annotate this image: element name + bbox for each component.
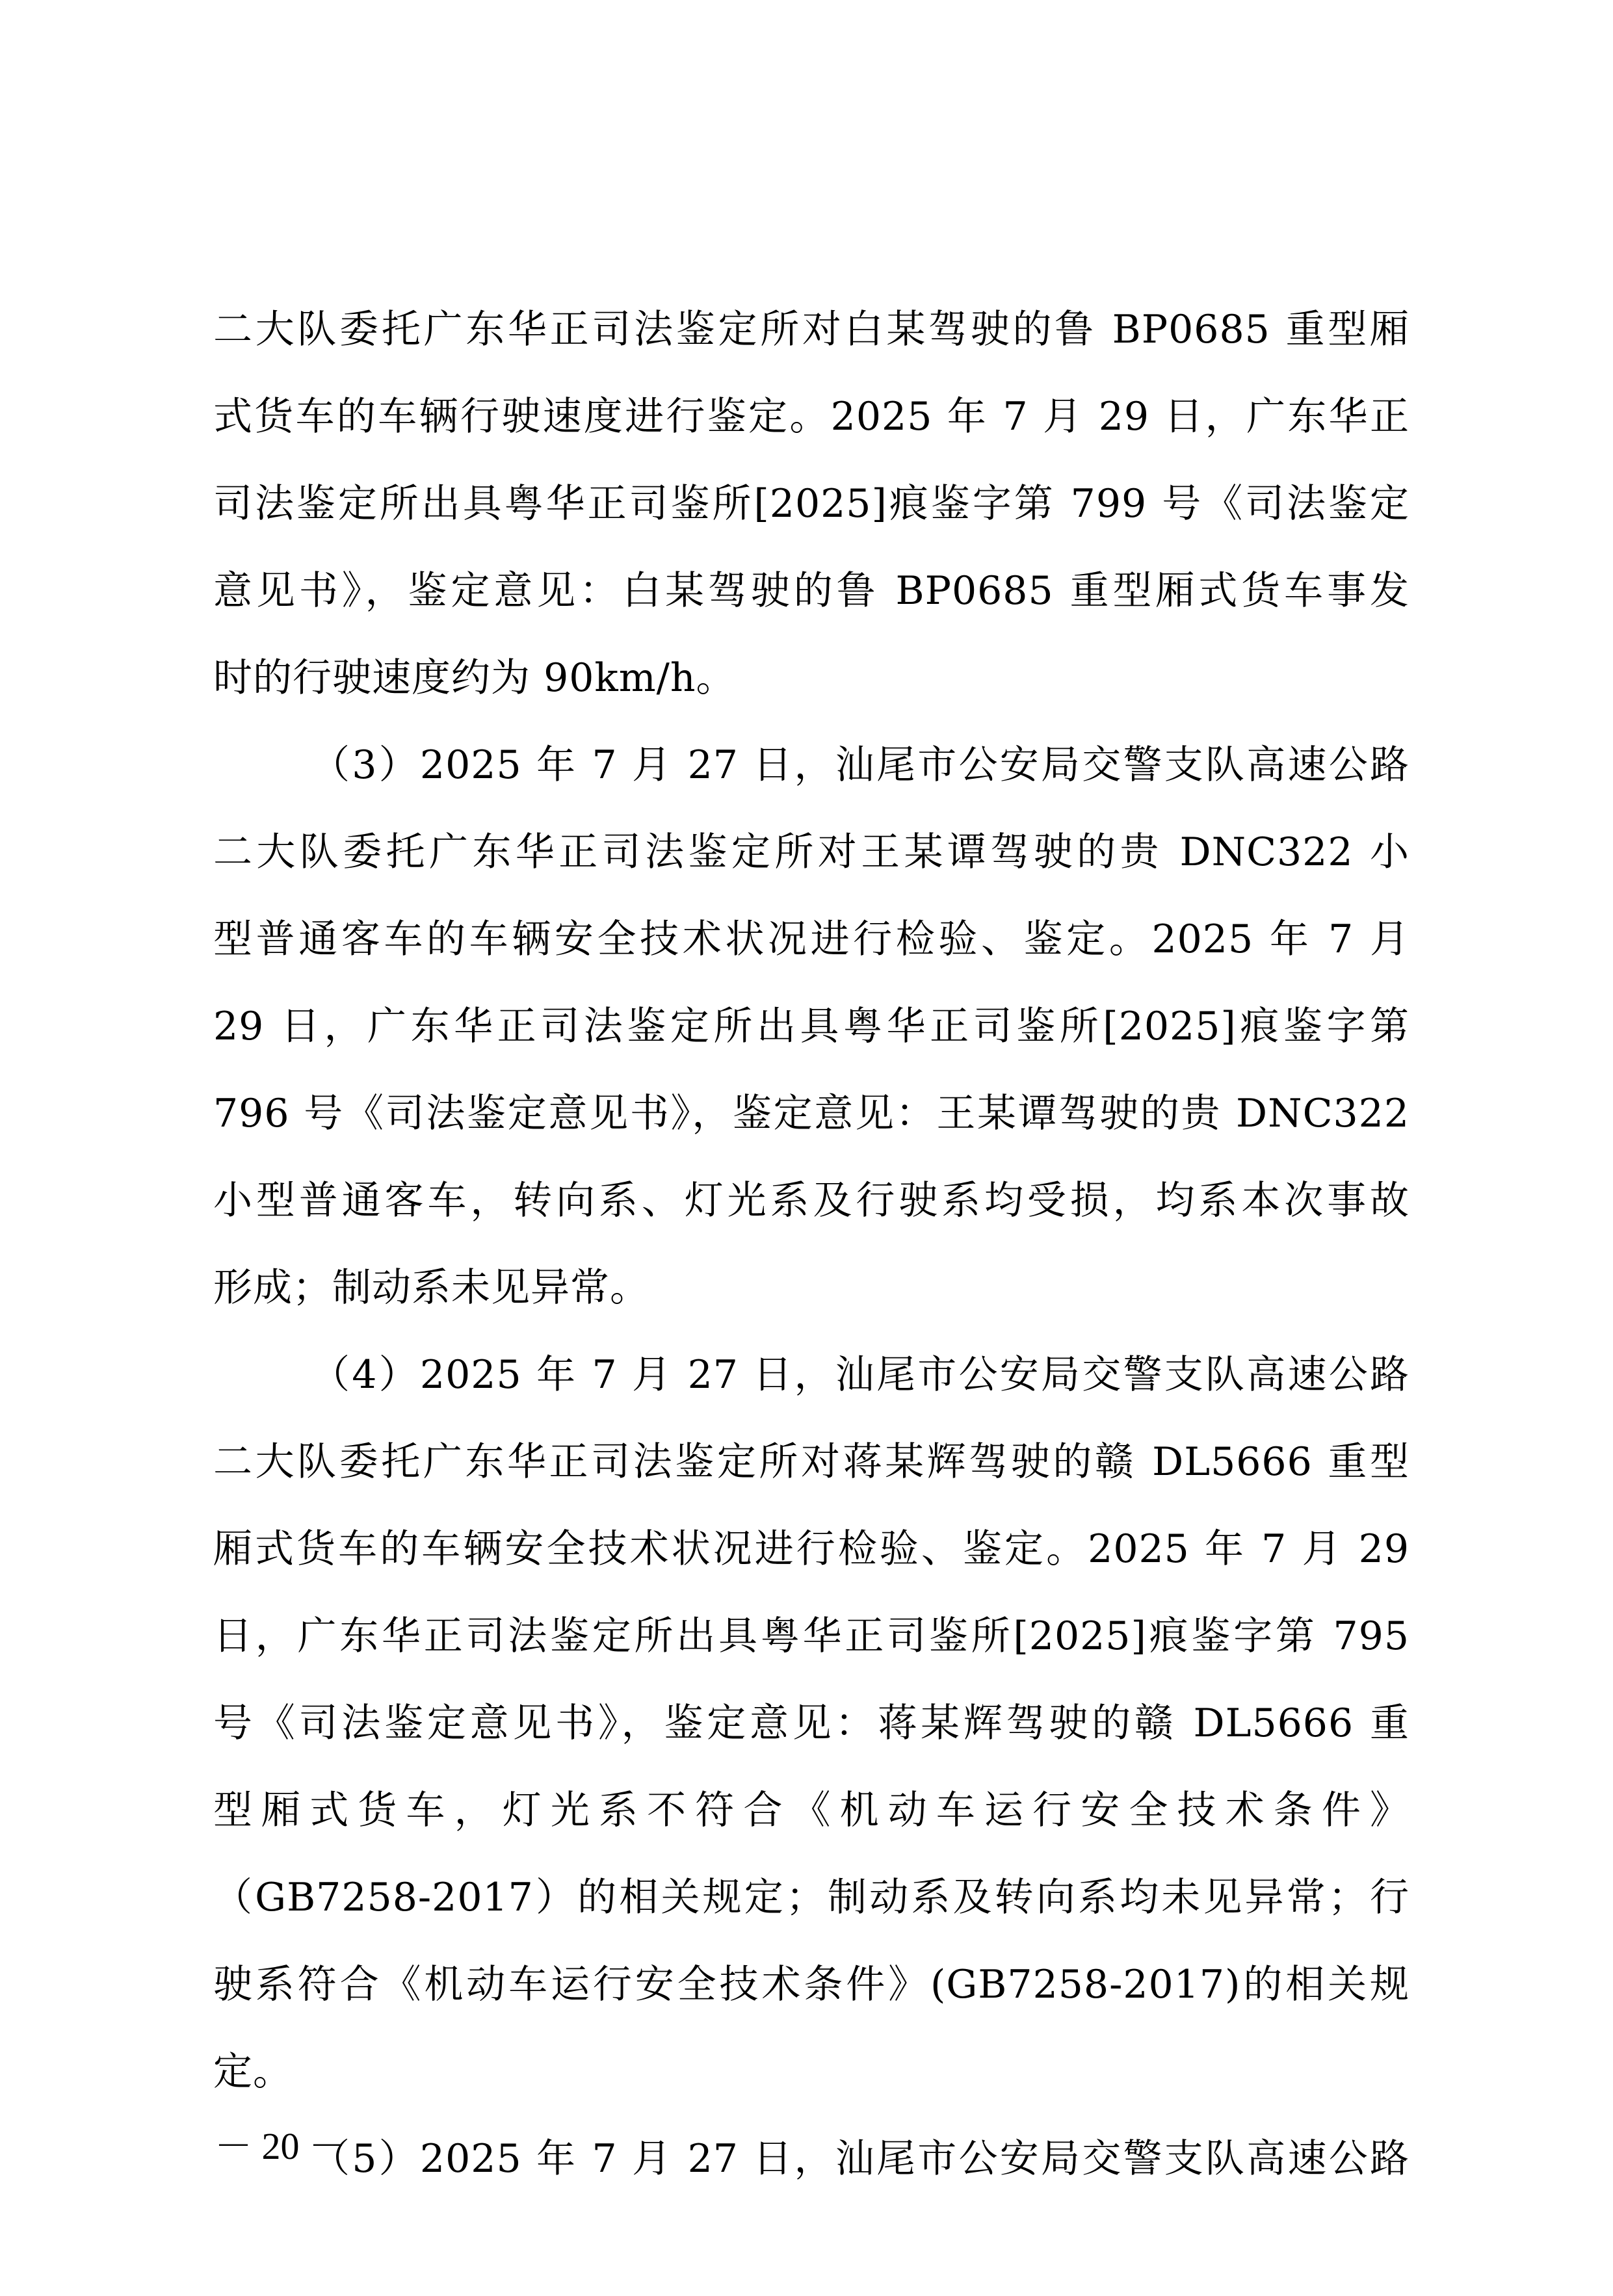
text-line: 驶系符合《机动车运行安全技术条件》(GB7258-2017)的相关规: [213, 1941, 1410, 2028]
paragraph-appraisal-5: （5）2025 年 7 月 27 日，汕尾市公安局交警支队高速公路: [213, 2115, 1410, 2202]
text-line: 定。: [213, 2028, 1410, 2115]
text-line: 日，广东华正司法鉴定所出具粤华正司鉴所[2025]痕鉴字第 795: [213, 1593, 1410, 1680]
text-line: 意见书》，鉴定意见：白某驾驶的鲁 BP0685 重型厢式货车事发: [213, 547, 1410, 634]
text-line: （3）2025 年 7 月 27 日，汕尾市公安局交警支队高速公路: [213, 722, 1410, 809]
text-line: 796 号《司法鉴定意见书》，鉴定意见：王某谭驾驶的贵 DNC322: [213, 1070, 1410, 1157]
text-line: 号《司法鉴定意见书》，鉴定意见：蒋某辉驾驶的赣 DL5666 重: [213, 1680, 1410, 1767]
text-line: （5）2025 年 7 月 27 日，汕尾市公安局交警支队高速公路: [213, 2115, 1410, 2202]
page-number: － 20 －: [215, 2120, 347, 2172]
text-line: 二大队委托广东华正司法鉴定所对蒋某辉驾驶的赣 DL5666 重型: [213, 1418, 1410, 1506]
text-line: 二大队委托广东华正司法鉴定所对王某谭驾驶的贵 DNC322 小: [213, 809, 1410, 896]
text-line: 时的行驶速度约为 90km/h。: [213, 634, 1410, 722]
text-line: 司法鉴定所出具粤华正司鉴所[2025]痕鉴字第 799 号《司法鉴定: [213, 460, 1410, 547]
text-line: （GB7258-2017）的相关规定；制动系及转向系均未见异常；行: [213, 1854, 1410, 1941]
text-line: （4）2025 年 7 月 27 日，汕尾市公安局交警支队高速公路: [213, 1331, 1410, 1418]
text-line: 型普通客车的车辆安全技术状况进行检验、鉴定。2025 年 7 月: [213, 896, 1410, 983]
text-line: 形成；制动系未见异常。: [213, 1244, 1410, 1331]
document-page: 二大队委托广东华正司法鉴定所对白某驾驶的鲁 BP0685 重型厢 式货车的车辆行…: [0, 0, 1613, 2296]
text-line: 小型普通客车，转向系、灯光系及行驶系均受损，均系本次事故: [213, 1157, 1410, 1244]
paragraph-appraisal-4: （4）2025 年 7 月 27 日，汕尾市公安局交警支队高速公路 二大队委托广…: [213, 1331, 1410, 2115]
text-line: 型厢式货车，灯光系不符合《机动车运行安全技术条件》: [213, 1767, 1410, 1854]
document-body: 二大队委托广东华正司法鉴定所对白某驾驶的鲁 BP0685 重型厢 式货车的车辆行…: [213, 286, 1410, 2202]
paragraph-appraisal-2: 二大队委托广东华正司法鉴定所对白某驾驶的鲁 BP0685 重型厢 式货车的车辆行…: [213, 286, 1410, 722]
text-line: 厢式货车的车辆安全技术状况进行检验、鉴定。2025 年 7 月 29: [213, 1506, 1410, 1593]
text-line: 29 日，广东华正司法鉴定所出具粤华正司鉴所[2025]痕鉴字第: [213, 983, 1410, 1070]
text-line: 二大队委托广东华正司法鉴定所对白某驾驶的鲁 BP0685 重型厢: [213, 286, 1410, 373]
paragraph-appraisal-3: （3）2025 年 7 月 27 日，汕尾市公安局交警支队高速公路 二大队委托广…: [213, 722, 1410, 1331]
text-line: 式货车的车辆行驶速度进行鉴定。2025 年 7 月 29 日，广东华正: [213, 373, 1410, 460]
